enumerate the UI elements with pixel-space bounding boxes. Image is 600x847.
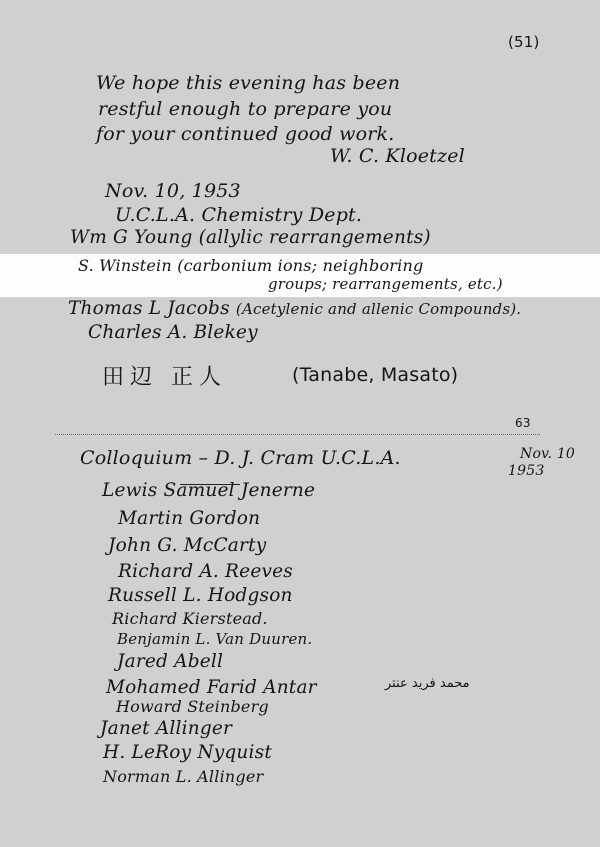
entry-name: Thomas L Jacobs (68, 298, 230, 319)
colloquium-heading: Colloquium – D. J. Cram U.C.L.A. (80, 447, 401, 469)
entry-topic: (Acetylenic and allenic Compounds). (236, 300, 521, 318)
signature-6: Richard Kierstead. (112, 609, 268, 628)
signature-13: Norman L. Allinger (103, 767, 263, 786)
signature-1-flourish (180, 484, 240, 485)
arabic-signature: محمد فريد عنتر (385, 676, 470, 691)
signature-9: Mohamed Farid Antar (106, 677, 317, 698)
signature-10: Howard Steinberg (116, 697, 269, 716)
entry-winstein: S. Winstein (carbonium ions; neighboring (78, 256, 423, 275)
entry-topic: (allylic rearrangements) (199, 227, 431, 248)
signature-11: Janet Allinger (100, 718, 232, 739)
colloquium-date-2: 1953 (508, 463, 544, 479)
signature-2: Martin Gordon (118, 508, 260, 529)
document-page: (51) We hope this evening has been restf… (0, 0, 600, 847)
signature-5: Russell L. Hodgson (108, 585, 293, 606)
signature-3: John G. McCarty (108, 535, 266, 556)
entry-charles: Charles A. Blekey (88, 322, 258, 343)
entry-winstein-cont: groups; rearrangements, etc.) (268, 275, 503, 293)
page-number-top: (51) (508, 33, 540, 51)
section-divider (55, 434, 540, 435)
entry-name: S. Winstein (78, 256, 172, 275)
note-line-3: for your continued good work. (96, 123, 394, 145)
signature-12: H. LeRoy Nyquist (103, 742, 272, 763)
affiliation: U.C.L.A. Chemistry Dept. (115, 204, 362, 226)
entry-name: Wm G Young (70, 227, 193, 248)
entry-topic: (carbonium ions; neighboring (177, 256, 423, 275)
signature-7: Benjamin L. Van Duuren. (117, 630, 312, 648)
note-line-2: restful enough to prepare you (98, 98, 392, 120)
entry-young: Wm G Young (allylic rearrangements) (70, 227, 431, 248)
signature-8: Jared Abell (117, 651, 223, 672)
cjk-romanized: (Tanabe, Masato) (292, 364, 458, 386)
entry-jacobs: Thomas L Jacobs (Acetylenic and allenic … (68, 298, 521, 319)
note-line-1: We hope this evening has been (96, 72, 400, 94)
cjk-signature: 田辺 正人 (102, 360, 227, 391)
date-top: Nov. 10, 1953 (105, 180, 241, 202)
colloquium-date-1: Nov. 10 (520, 446, 575, 462)
signature-4: Richard A. Reeves (118, 561, 293, 582)
page-number-bottom: 63 (515, 416, 531, 430)
note-signature: W. C. Kloetzel (330, 145, 465, 167)
